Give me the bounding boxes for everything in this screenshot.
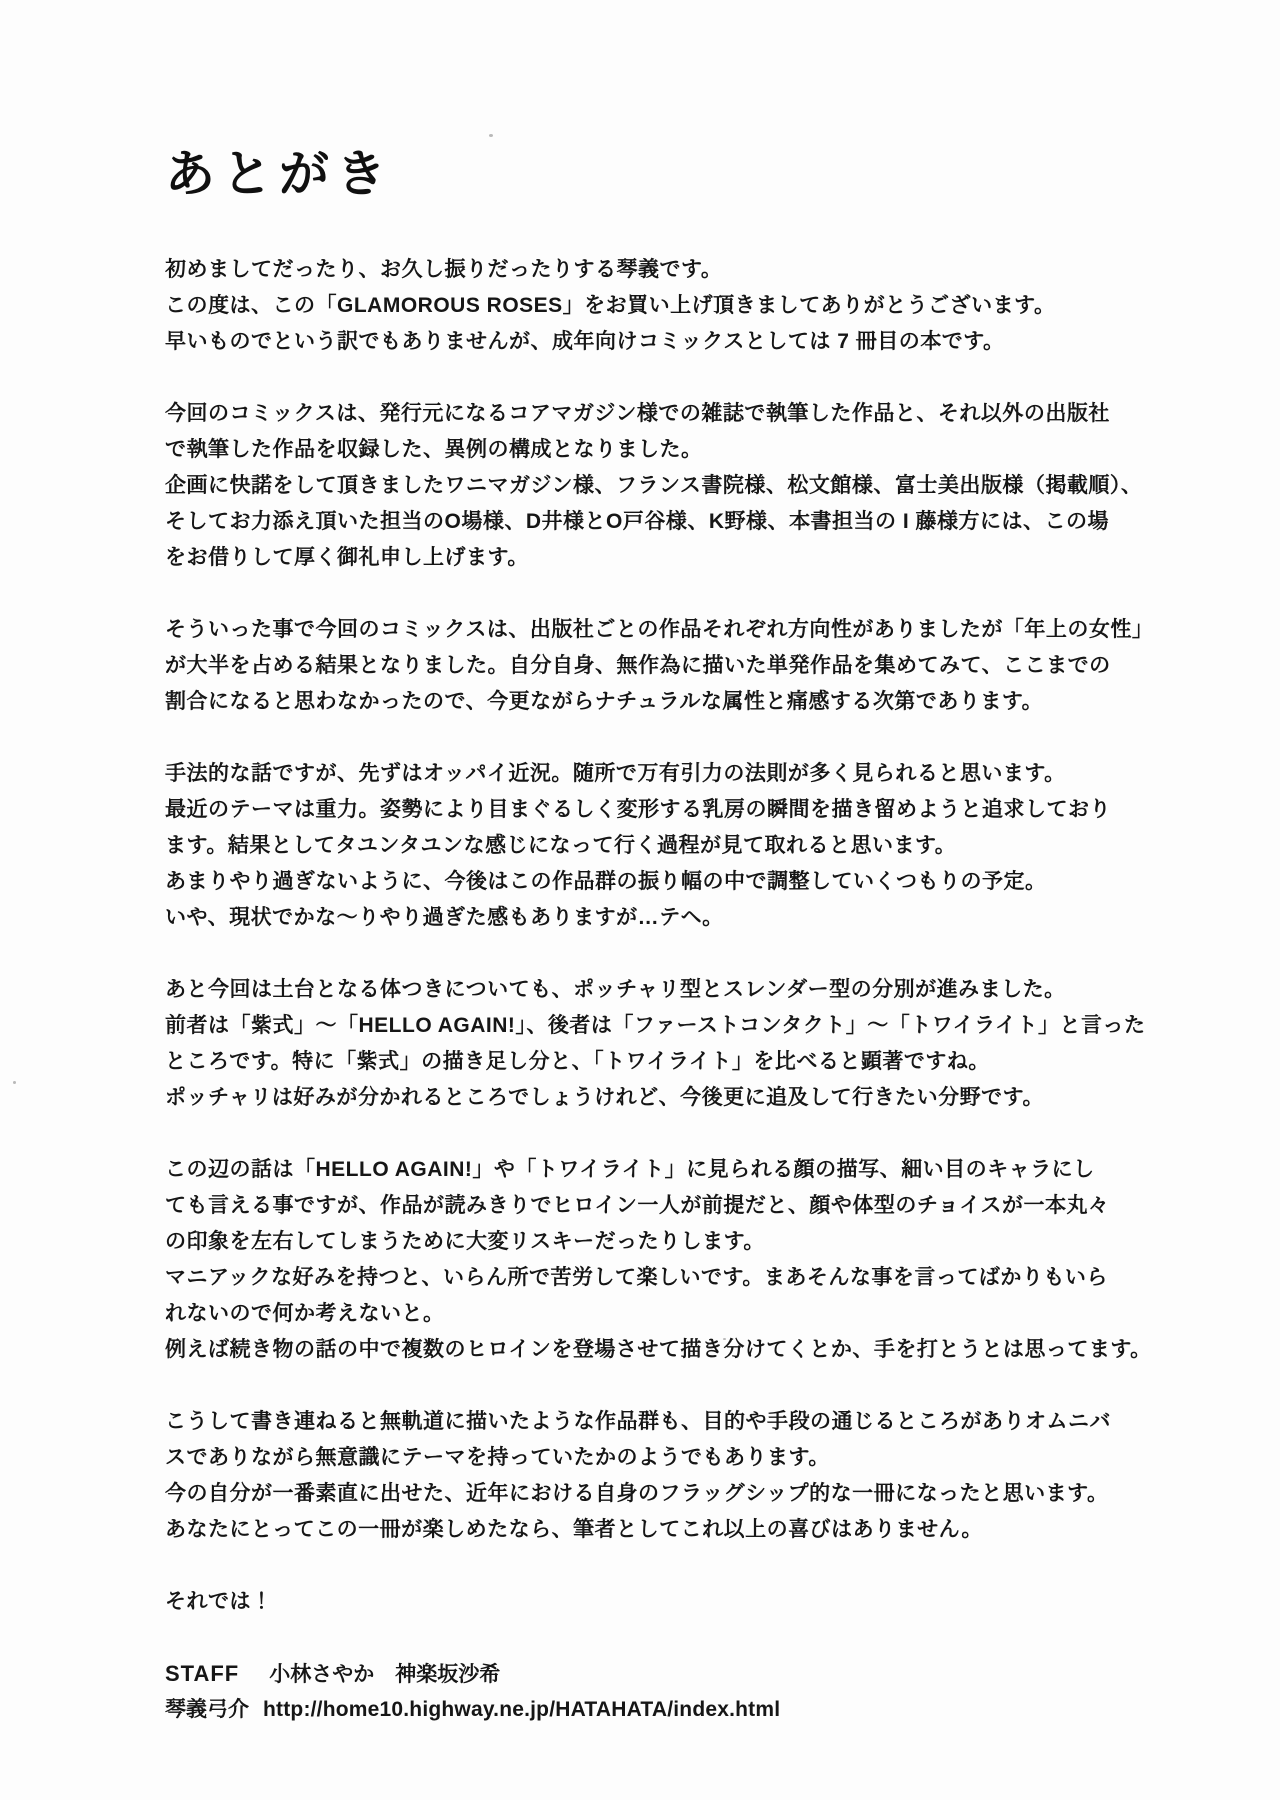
text-line: 今の自分が一番素直に出せた、近年における自身のフラッグシップ的な一冊になったと思… xyxy=(165,1476,1165,1512)
paragraph: そういった事で今回のコミックスは、出版社ごとの作品それぞれ方向性がありましたが「… xyxy=(165,612,1165,720)
text-line: ます。結果としてタユンタユンな感じになって行く過程が見て取れると思います。 xyxy=(165,828,1165,864)
text-line: あまりやり過ぎないように、今後はこの作品群の振り幅の中で調整していくつもりの予定… xyxy=(165,864,1165,900)
text-line: そういった事で今回のコミックスは、出版社ごとの作品それぞれ方向性がありましたが「… xyxy=(165,612,1165,648)
text-line: そしてお力添え頂いた担当のO場様、D井様とO戸谷様、K野様、本書担当の I 藤様… xyxy=(165,504,1165,540)
text-line: の印象を左右してしまうために大変リスキーだったりします。 xyxy=(165,1224,1165,1260)
text-line: 最近のテーマは重力。姿勢により目まぐるしく変形する乳房の瞬間を描き留めようと追求… xyxy=(165,792,1165,828)
scan-speck xyxy=(13,1081,16,1084)
scan-speck xyxy=(489,134,493,137)
text-line: 今回のコミックスは、発行元になるコアマガジン様での雑誌で執筆した作品と、それ以外… xyxy=(165,396,1165,432)
afterword-body: 初めましてだったり、お久し振りだったりする琴義です。この度は、この「GLAMOR… xyxy=(165,252,1165,1548)
text-line: いや、現状でかな〜りやり過ぎた感もありますが…テヘ。 xyxy=(165,900,1165,936)
closing-line: それでは！ xyxy=(165,1584,1165,1620)
text-line: あなたにとってこの一冊が楽しめたなら、筆者としてこれ以上の喜びはありません。 xyxy=(165,1512,1165,1548)
text-line: ポッチャリは好みが分かれるところでしょうけれど、今後更に追及して行きたい分野です… xyxy=(165,1080,1165,1116)
page-title: あとがき xyxy=(165,148,1165,200)
text-line: ところです。特に「紫式」の描き足し分と、「トワイライト」を比べると顕著ですね。 xyxy=(165,1044,1165,1080)
scanned-afterword-page: あとがき 初めましてだったり、お久し振りだったりする琴義です。この度は、この「G… xyxy=(0,0,1280,1800)
text-line: 初めましてだったり、お久し振りだったりする琴義です。 xyxy=(165,252,1165,288)
staff-block: STAFF小林さやか 神楽坂沙希 琴義弓介http://home10.highw… xyxy=(165,1656,1165,1728)
staff-label: STAFF xyxy=(165,1661,239,1686)
text-line: で執筆した作品を収録した、異例の構成となりました。 xyxy=(165,432,1165,468)
text-line: 早いものでという訳でもありませんが、成年向けコミックスとしては 7 冊目の本です… xyxy=(165,324,1165,360)
staff-members: 小林さやか 神楽坂沙希 xyxy=(269,1663,500,1686)
text-line: スでありながら無意識にテーマを持っていたかのようでもあります。 xyxy=(165,1440,1165,1476)
paragraph: 手法的な話ですが、先ずはオッパイ近況。随所で万有引力の法則が多く見られると思いま… xyxy=(165,756,1165,936)
text-line: マニアックな好みを持つと、いらん所で苦労して楽しいです。まあそんな事を言ってばか… xyxy=(165,1260,1165,1296)
paragraph: あと今回は土台となる体つきについても、ポッチャリ型とスレンダー型の分別が進みまし… xyxy=(165,972,1165,1116)
text-line: 手法的な話ですが、先ずはオッパイ近況。随所で万有引力の法則が多く見られると思いま… xyxy=(165,756,1165,792)
closing-paragraph: それでは！ xyxy=(165,1584,1165,1620)
text-line: れないので何か考えないと。 xyxy=(165,1296,1165,1332)
text-line: この辺の話は「HELLO AGAIN!」や「トワイライト」に見られる顔の描写、細… xyxy=(165,1152,1165,1188)
text-line: あと今回は土台となる体つきについても、ポッチャリ型とスレンダー型の分別が進みまし… xyxy=(165,972,1165,1008)
text-line: 例えば続き物の話の中で複数のヒロインを登場させて描き分けてくとか、手を打とうとは… xyxy=(165,1332,1165,1368)
page-content: あとがき 初めましてだったり、お久し振りだったりする琴義です。この度は、この「G… xyxy=(165,148,1165,1728)
author-row: 琴義弓介http://home10.highway.ne.jp/HATAHATA… xyxy=(165,1692,1165,1728)
staff-row: STAFF小林さやか 神楽坂沙希 xyxy=(165,1656,1165,1692)
paragraph: こうして書き連ねると無軌道に描いたような作品群も、目的や手段の通じるところがあり… xyxy=(165,1404,1165,1548)
author-website-url: http://home10.highway.ne.jp/HATAHATA/ind… xyxy=(263,1698,780,1721)
text-line: 割合になると思わなかったので、今更ながらナチュラルな属性と痛感する次第であります… xyxy=(165,684,1165,720)
text-line: ても言える事ですが、作品が読みきりでヒロイン一人が前提だと、顔や体型のチョイスが… xyxy=(165,1188,1165,1224)
text-line: をお借りして厚く御礼申し上げます。 xyxy=(165,540,1165,576)
text-line: この度は、この「GLAMOROUS ROSES」をお買い上げ頂きましてありがとう… xyxy=(165,288,1165,324)
text-line: 企画に快諾をして頂きましたワニマガジン様、フランス書院様、松文館様、富士美出版様… xyxy=(165,468,1165,504)
text-line: こうして書き連ねると無軌道に描いたような作品群も、目的や手段の通じるところがあり… xyxy=(165,1404,1165,1440)
text-line: が大半を占める結果となりました。自分自身、無作為に描いた単発作品を集めてみて、こ… xyxy=(165,648,1165,684)
text-line: 前者は「紫式」〜「HELLO AGAIN!」、後者は「ファーストコンタクト」〜「… xyxy=(165,1008,1165,1044)
paragraph: この辺の話は「HELLO AGAIN!」や「トワイライト」に見られる顔の描写、細… xyxy=(165,1152,1165,1368)
paragraph: 今回のコミックスは、発行元になるコアマガジン様での雑誌で執筆した作品と、それ以外… xyxy=(165,396,1165,576)
author-name: 琴義弓介 xyxy=(165,1698,249,1721)
paragraph: 初めましてだったり、お久し振りだったりする琴義です。この度は、この「GLAMOR… xyxy=(165,252,1165,360)
